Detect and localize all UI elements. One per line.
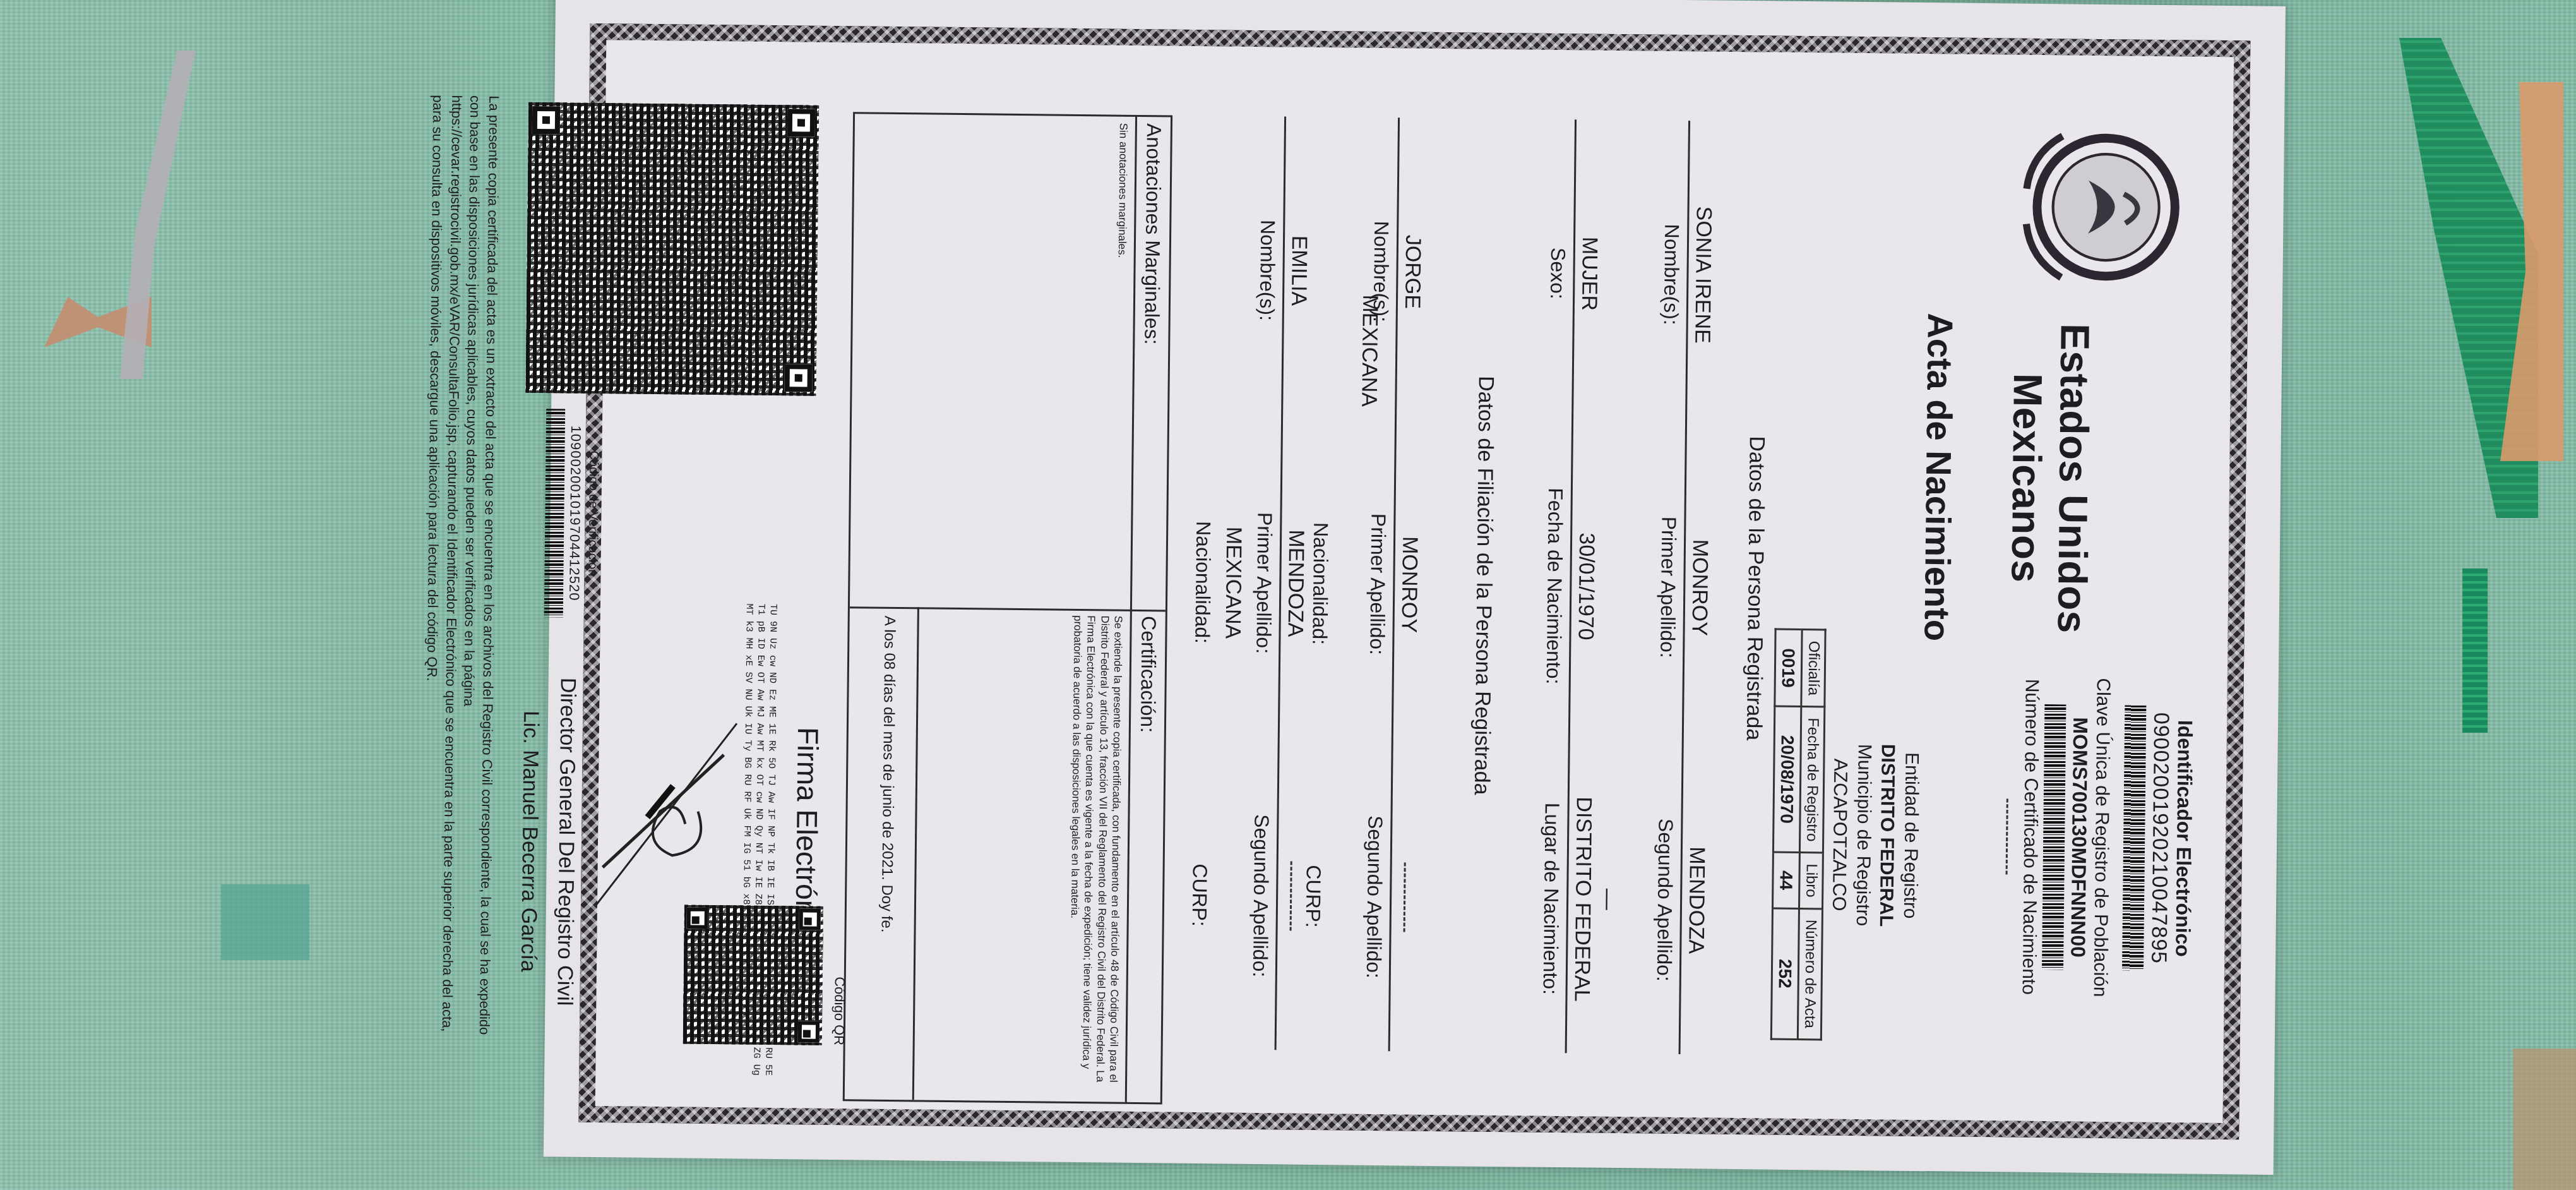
certification-text: Se extiende la presente copia certificad…	[1066, 615, 1125, 1096]
father-curp-label: CURP:	[1300, 742, 1327, 1050]
person-first-surname-label: Primer Apellido:	[1655, 428, 1681, 746]
person-first-surname: MONROY	[1686, 429, 1714, 747]
verification-barcode	[544, 409, 565, 617]
person-name-row: SONIA IRENE Nombre(s): MONROY Primer Ape…	[1622, 120, 1690, 1054]
mother-second-surname-label: Segundo Apellido:	[1248, 742, 1274, 1050]
header-oficialia: Oficialía	[1801, 630, 1825, 707]
annotations-certification-box: Anotaciones Marginales: Sin anotaciones …	[843, 112, 1172, 1104]
person-sex-label: Sexo:	[1544, 119, 1571, 428]
certification-label: Certificación:	[1125, 610, 1166, 1103]
person-curp-placeholder: —	[1594, 745, 1622, 1054]
textile-green-stripe	[2462, 568, 2488, 733]
father-nationality: MEXICANA	[1354, 117, 1384, 584]
municipality-label: Municipio de Registro	[1849, 608, 1878, 1062]
textile-teal-patch	[221, 884, 309, 960]
mother-first-name-label: Nombre(s):	[1254, 116, 1280, 424]
value-numero-acta: 252	[1771, 908, 1799, 1040]
mother-nationality-label: Nacionalidad:	[1190, 424, 1216, 742]
value-libro: 44	[1773, 852, 1800, 908]
mother-first-surname: MENDOZA	[1282, 424, 1309, 742]
annotations-label: Anotaciones Marginales:	[1130, 117, 1171, 610]
entity-label: Entidad de Registro	[1897, 608, 1925, 1063]
curp-barcode	[2042, 704, 2066, 970]
textile-grey-motif	[120, 51, 196, 379]
person-birth-date: 30/01/1970	[1572, 428, 1600, 745]
identifier-barcode	[2122, 705, 2146, 970]
textile-brown-patch	[2513, 1049, 2576, 1190]
verification-code-block: Código de Verificación 10900200101970441…	[542, 399, 602, 627]
value-fecha-registro: 20/08/1970	[1773, 706, 1801, 853]
director-block: Director General Del Registro Civil Lic.…	[508, 601, 587, 1082]
annotations-text: Sin anotaciones marginales.	[1112, 123, 1130, 603]
director-title: Director General Del Registro Civil	[545, 601, 587, 1082]
mother-curp-label: CURP:	[1186, 741, 1213, 1049]
header-numero-acta: Número de Acta	[1798, 908, 1822, 1039]
decorative-border: Estados Unidos Mexicanos Acta de Nacimie…	[578, 23, 2250, 1139]
person-first-name-label: Nombre(s):	[1658, 121, 1685, 429]
person-birth-place-label: Lugar de Nacimiento:	[1538, 745, 1565, 1053]
father-first-surname: MONROY	[1395, 426, 1423, 743]
municipality-value: AZCAPOTZALCO	[1825, 608, 1854, 1062]
director-name: Lic. Manuel Becerra García	[508, 601, 550, 1082]
person-second-surname-label: Segundo Apellido:	[1652, 746, 1678, 1054]
father-second-surname-empty	[1404, 863, 1406, 932]
verification-code-value: 109002001019704412520	[566, 400, 585, 627]
mother-first-surname-label: Primer Apellido:	[1251, 424, 1277, 742]
value-oficialia: 0019	[1775, 629, 1802, 706]
mother-nationality: MEXICANA	[1219, 424, 1247, 742]
identifier-block: Identificador Electrónico 09002001920210…	[1998, 609, 2198, 1066]
registry-table: Oficialía Fecha de Registro Libro Número…	[1770, 628, 1827, 1040]
birth-certificate-paper: Estados Unidos Mexicanos Acta de Nacimie…	[544, 0, 2286, 1175]
header-fecha-registro: Fecha de Registro	[1799, 707, 1824, 853]
entity-value: DISTRITO FEDERAL	[1873, 608, 1901, 1062]
person-birth-place: DISTRITO FEDERAL	[1569, 745, 1597, 1053]
footer-legal-note: La presente copia certificada del acta e…	[419, 95, 504, 1054]
certificate-number-empty	[2006, 798, 2008, 874]
registered-person-section-title: Datos de la Persona Registrada	[1738, 96, 1772, 1080]
filiation-section-title: Datos de Filiación de la Persona Registr…	[1466, 93, 1501, 1078]
small-qr-code[interactable]	[683, 905, 823, 1045]
certification-date: A los 08 días del mes de junio de 2021. …	[845, 606, 919, 1100]
father-first-name: JORGE	[1398, 117, 1426, 426]
verification-code-label: Código de Verificación	[585, 400, 602, 627]
qr-code-label: Código QR	[831, 977, 848, 1045]
person-sex: MUJER	[1575, 119, 1603, 428]
mother-second-surname-empty	[1290, 862, 1292, 931]
header-libro: Libro	[1799, 853, 1823, 909]
certificate-number-label: Número de Certificado de Nacimiento	[2017, 610, 2043, 1064]
mother-first-name: EMILIA	[1285, 116, 1313, 424]
person-birth-row: MUJER Sexo: 30/01/1970 Fecha de Nacimien…	[1508, 119, 1577, 1053]
registry-block: Entidad de Registro DISTRITO FEDERAL Mun…	[1770, 607, 1925, 1063]
person-first-name: SONIA IRENE	[1689, 121, 1717, 429]
identifier-label: Identificador Electrónico	[2169, 611, 2198, 1066]
handwritten-signature	[583, 716, 749, 920]
identifier-value: 09002001920210047895	[2145, 611, 2174, 1066]
verification-qr-code[interactable]	[525, 102, 819, 396]
father-nationality-label: Nacionalidad:	[1307, 425, 1333, 743]
person-second-surname: MENDOZA	[1683, 746, 1710, 1054]
father-second-surname-label: Segundo Apellido:	[1361, 743, 1388, 1051]
person-birth-date-label: Fecha de Nacimiento:	[1541, 427, 1568, 745]
